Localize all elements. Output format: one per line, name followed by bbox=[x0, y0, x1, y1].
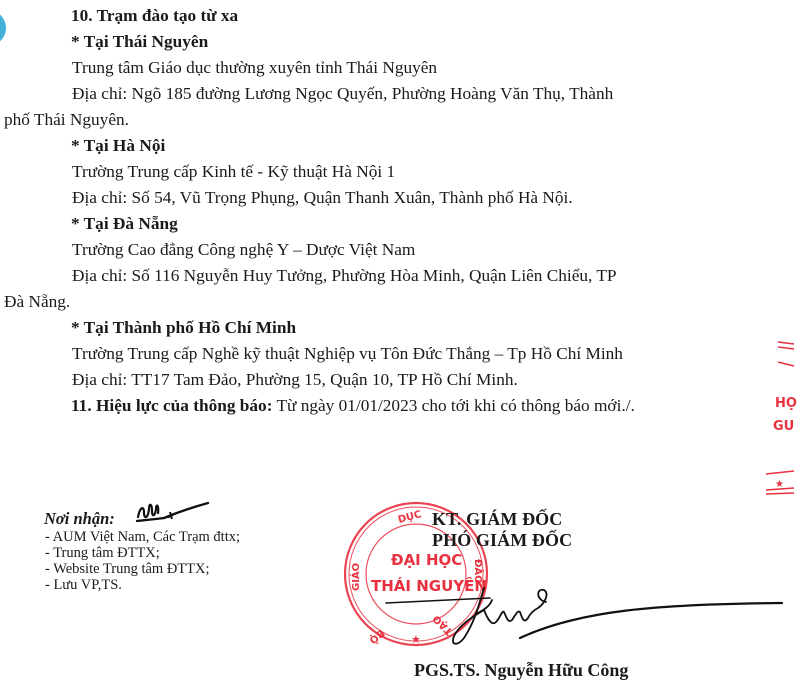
address-ha-noi: Địa chỉ: Số 54, Vũ Trọng Phụng, Quận Tha… bbox=[72, 188, 573, 208]
handwritten-signature-icon bbox=[380, 580, 780, 670]
location-title-thai-nguyen: * Tại Thái Nguyên bbox=[71, 32, 208, 52]
section-11-text: Từ ngày 01/01/2023 cho tới khi có thông … bbox=[272, 396, 634, 415]
margin-binder-mark bbox=[0, 8, 6, 48]
signer-name: PGS.TS. Nguyễn Hữu Công bbox=[414, 660, 628, 680]
location-title-da-nang: * Tại Đà Nẵng bbox=[71, 214, 178, 234]
section-11-effective: 11. Hiệu lực của thông báo: Từ ngày 01/0… bbox=[71, 396, 635, 416]
section-10-heading: 10. Trạm đào tạo từ xa bbox=[71, 6, 238, 26]
address-thai-nguyen: Địa chỉ: Ngõ 185 đường Lương Ngọc Quyến,… bbox=[72, 84, 613, 104]
address-ho-chi-minh: Địa chỉ: TT17 Tam Đảo, Phường 15, Quận 1… bbox=[72, 370, 518, 390]
initial-signature-icon bbox=[134, 499, 214, 529]
section-11-label: 11. Hiệu lực của thông báo: bbox=[71, 396, 272, 415]
signature-title-1: KT. GIÁM ĐỐC bbox=[432, 509, 562, 529]
signature-title-2: PHÓ GIÁM ĐỐC bbox=[432, 530, 572, 550]
recipients-title: Nơi nhận: bbox=[44, 509, 115, 529]
edge-stamp-text-2: GU bbox=[773, 419, 794, 434]
edge-stamp-text-1: HỌ bbox=[775, 396, 797, 411]
stamp-center-line-1: ĐẠI HỌC bbox=[391, 551, 462, 569]
address-da-nang: Địa chỉ: Số 116 Nguyễn Huy Tưởng, Phường… bbox=[72, 266, 617, 286]
address-da-nang-cont: Đà Nẵng. bbox=[4, 292, 70, 312]
recipient-item: - Lưu VP,TS. bbox=[45, 578, 122, 594]
recipient-item: - Website Trung tâm ĐTTX; bbox=[45, 562, 210, 578]
institution-ha-noi: Trường Trung cấp Kinh tế - Kỹ thuật Hà N… bbox=[72, 162, 395, 182]
edge-stamp-star-icon: ★ bbox=[775, 479, 784, 490]
recipient-item: - AUM Việt Nam, Các Trạm đttx; bbox=[45, 530, 240, 546]
address-thai-nguyen-cont: phố Thái Nguyên. bbox=[4, 110, 129, 130]
stamp-ring-word: GIÁO bbox=[349, 563, 362, 591]
stamp-ring-word: DỤC bbox=[397, 509, 423, 526]
location-title-ho-chi-minh: * Tại Thành phố Hồ Chí Minh bbox=[71, 318, 296, 338]
institution-ho-chi-minh: Trường Trung cấp Nghề kỹ thuật Nghiệp vụ… bbox=[72, 344, 623, 364]
edge-stamp-fragment: HỌ GU ★ bbox=[748, 330, 808, 500]
recipient-item: - Trung tâm ĐTTX; bbox=[45, 546, 160, 562]
institution-thai-nguyen: Trung tâm Giáo dục thường xuyên tỉnh Thá… bbox=[72, 58, 437, 78]
institution-da-nang: Trường Cao đẳng Công nghệ Y – Dược Việt … bbox=[72, 240, 415, 260]
location-title-ha-noi: * Tại Hà Nội bbox=[71, 136, 165, 156]
